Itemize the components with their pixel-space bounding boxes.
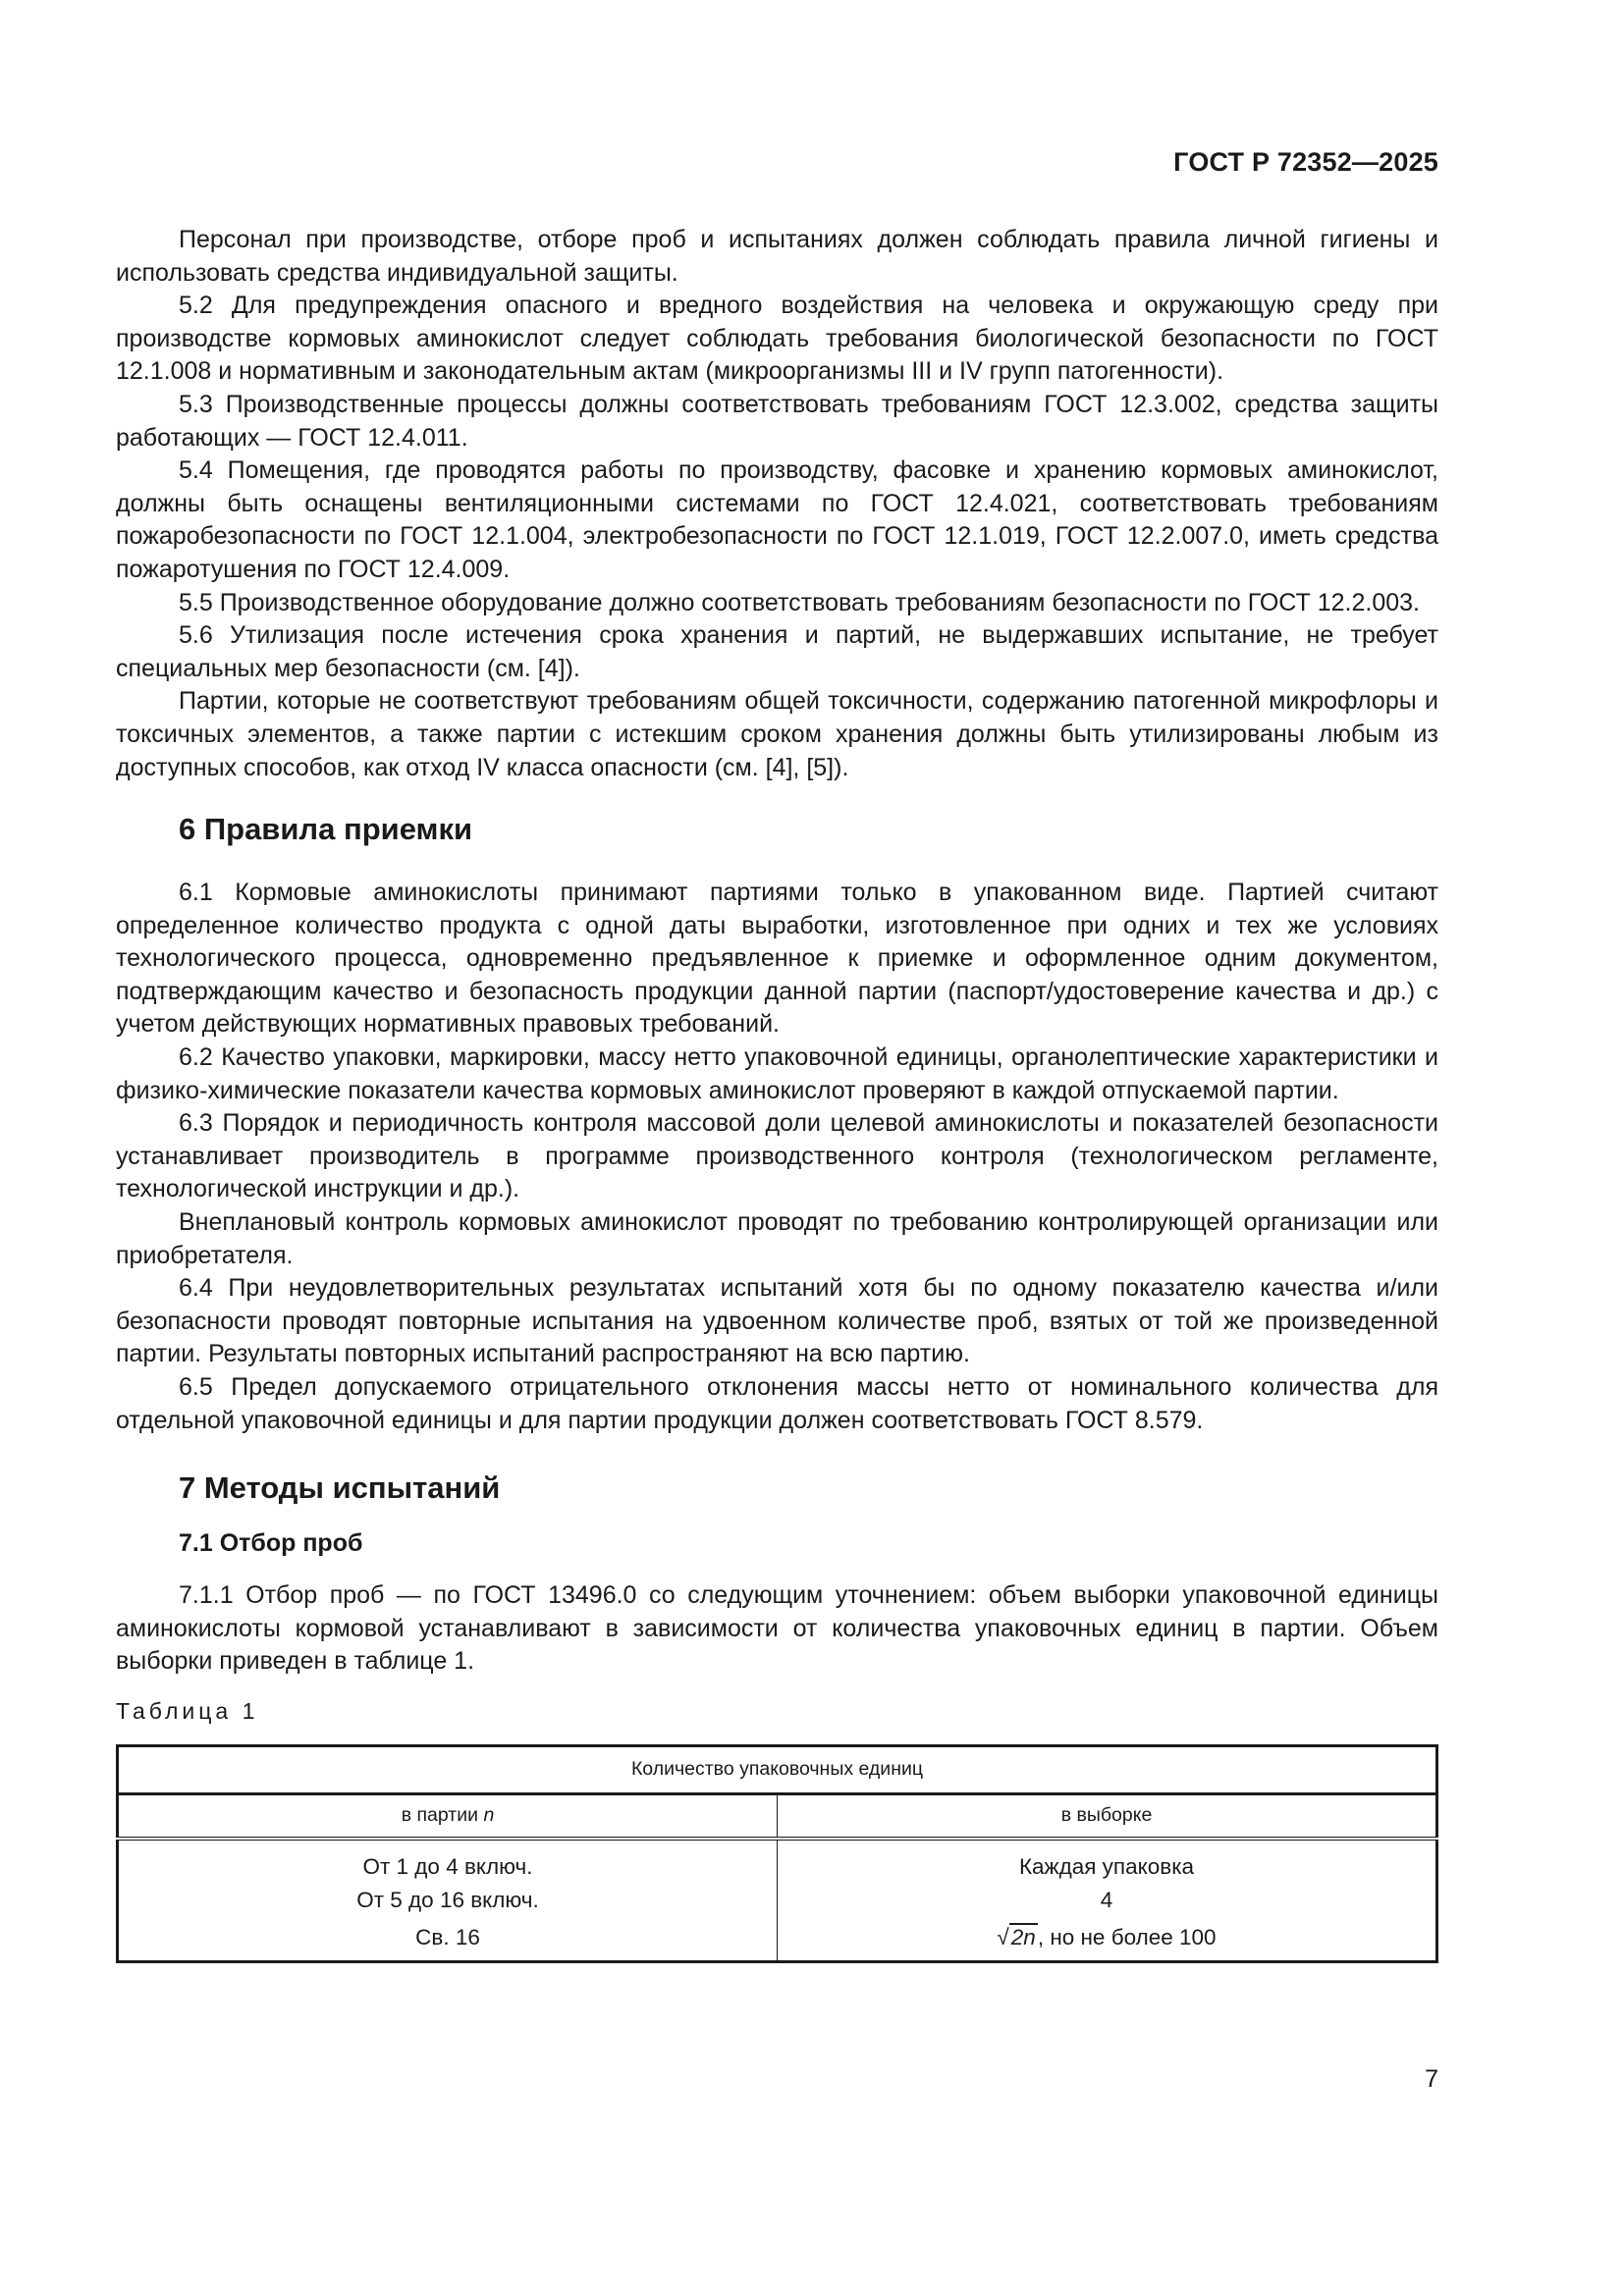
- table-subheader-row: в партии n в выборке: [118, 1793, 1437, 1839]
- sqrt-icon: √: [997, 1925, 1008, 1949]
- subsection-7-1-heading: 7.1 Отбор проб: [116, 1529, 1438, 1558]
- paragraph-5-4: 5.4 Помещения, где проводятся работы по …: [116, 454, 1438, 586]
- paragraph-5-6: 5.6 Утилизация после истечения срока хра…: [116, 619, 1438, 685]
- page-number: 7: [1425, 2065, 1438, 2094]
- table-row: От 1 до 4 включ. От 5 до 16 включ. Св. 1…: [118, 1839, 1437, 1962]
- table-header-main: Количество упаковочных единиц: [118, 1745, 1437, 1793]
- table-caption: Таблица 1: [116, 1698, 1438, 1725]
- section-6-heading: 6 Правила приемки: [116, 812, 1438, 847]
- paragraph-5-6-batches: Партии, которые не соответствуют требова…: [116, 685, 1438, 784]
- paragraph-6-4: 6.4 При неудовлетворительных результатах…: [116, 1272, 1438, 1371]
- paragraph-5-personnel: Персонал при производстве, отборе проб и…: [116, 224, 1438, 290]
- paragraph-7-1-1: 7.1.1 Отбор проб — по ГОСТ 13496.0 со сл…: [116, 1579, 1438, 1679]
- paragraph-5-2: 5.2 Для предупреждения опасного и вредно…: [116, 290, 1438, 389]
- table-cell-sample-sizes: Каждая упаковка 4 √2n, но не более 100: [778, 1839, 1437, 1962]
- paragraph-6-2: 6.2 Качество упаковки, маркировки, массу…: [116, 1041, 1438, 1107]
- paragraph-5-3: 5.3 Производственные процессы должны соо…: [116, 389, 1438, 454]
- table-header-row: Количество упаковочных единиц: [118, 1745, 1437, 1793]
- sqrt-formula: √2n, но не более 100: [778, 1921, 1435, 1954]
- sample-size-table: Количество упаковочных единиц в партии n…: [116, 1744, 1438, 1963]
- paragraph-6-5: 6.5 Предел допускаемого отрицательного о…: [116, 1371, 1438, 1437]
- table-cell-batch-ranges: От 1 до 4 включ. От 5 до 16 включ. Св. 1…: [118, 1839, 778, 1962]
- paragraph-6-3: 6.3 Порядок и периодичность контроля мас…: [116, 1107, 1438, 1206]
- section-7-heading: 7 Методы испытаний: [116, 1470, 1438, 1506]
- paragraph-5-5: 5.5 Производственное оборудование должно…: [116, 587, 1438, 620]
- document-id-header: ГОСТ Р 72352—2025: [1173, 147, 1438, 178]
- paragraph-6-3-unscheduled: Внеплановый контроль кормовых аминокисло…: [116, 1206, 1438, 1272]
- table-header-in-sample: в выборке: [778, 1793, 1437, 1839]
- document-body: Персонал при производстве, отборе проб и…: [116, 224, 1438, 1963]
- paragraph-6-1: 6.1 Кормовые аминокислоты принимают парт…: [116, 877, 1438, 1041]
- table-header-in-batch: в партии n: [118, 1793, 778, 1839]
